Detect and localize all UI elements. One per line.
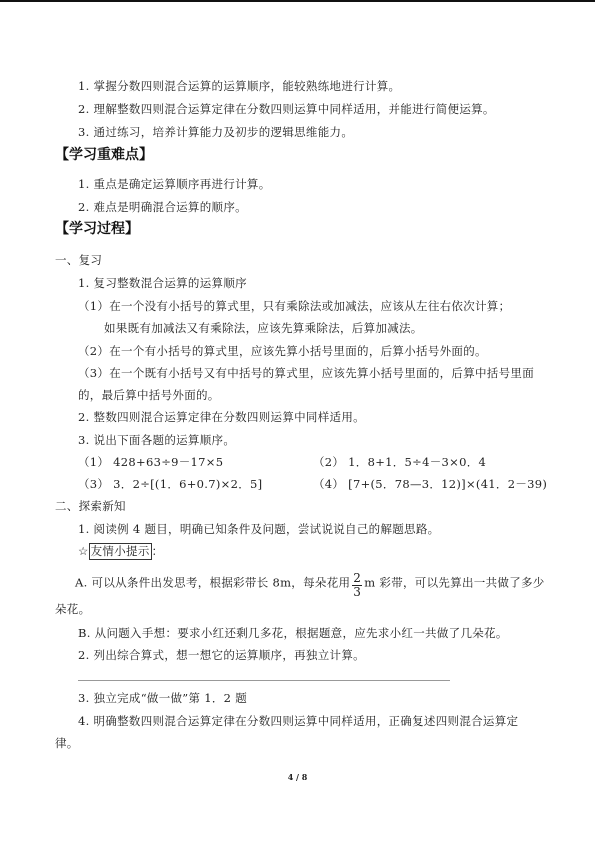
review-rule-3b: 的，最后算中括号外面的。 bbox=[78, 387, 220, 403]
page-number: 4 / 8 bbox=[0, 772, 595, 782]
objective-item-3: 3. 通过练习，培养计算能力及初步的逻辑思维能力。 bbox=[78, 124, 353, 140]
hint-b: B. 从问题入手想：要求小红还剩几多花，根据题意，应先求小红一共做了几朵花。 bbox=[78, 625, 508, 641]
explore-item-1: 1. 阅读例 4 题目，明确已知条件及问题，尝试说说自己的解题思路。 bbox=[78, 521, 439, 537]
top-border-rule bbox=[0, 0, 595, 2]
key-point-item-2: 2. 难点是明确混合运算的顺序。 bbox=[78, 199, 247, 215]
key-points-heading: 【学习重难点】 bbox=[55, 146, 153, 164]
review-section-title: 一、复习 bbox=[55, 252, 102, 268]
review-rule-3a: （3）在一个既有小括号又有中括号的算式里，应该先算小括号里面的，后算中括号里面 bbox=[78, 365, 534, 381]
expression-4: （4） [7+(5．78—3．12)]×(41．2－39) bbox=[313, 476, 547, 492]
star-icon: ☆ bbox=[78, 544, 89, 558]
friendly-tip: ☆友情小提示： bbox=[78, 543, 163, 560]
explore-item-4b: 律。 bbox=[55, 735, 79, 751]
hint-a-text-pre: A. 可以从条件出发思考，根据彩带长 8m，每朵花用 bbox=[75, 576, 350, 590]
friendly-tip-label: 友情小提示 bbox=[89, 543, 152, 560]
explore-section-title: 二、探索新知 bbox=[55, 498, 126, 514]
review-item-1: 1. 复习整数混合运算的运算顺序 bbox=[78, 275, 247, 291]
answer-blank-line[interactable] bbox=[78, 680, 450, 681]
hint-a: A. 可以从条件出发思考，根据彩带长 8m，每朵花用23m 彩带，可以先算出一共… bbox=[75, 570, 545, 597]
objective-item-2: 2. 理解整数四则混合运算定律在分数四则运算中同样适用，并能进行简便运算。 bbox=[78, 101, 495, 117]
fraction-two-thirds: 23 bbox=[352, 572, 362, 599]
review-rule-1a: （1）在一个没有小括号的算式里，只有乘除法或加减法，应该从左往右依次计算； bbox=[78, 298, 510, 314]
key-point-item-1: 1. 重点是确定运算顺序再进行计算。 bbox=[78, 176, 271, 192]
explore-item-2: 2. 列出综合算式，想一想它的运算顺序，再独立计算。 bbox=[78, 647, 365, 663]
explore-item-3: 3. 独立完成“做一做”第 1．2 题 bbox=[78, 690, 247, 706]
fraction-denominator: 3 bbox=[353, 586, 361, 599]
review-item-2: 2. 整数四则混合运算定律在分数四则运算中同样适用。 bbox=[78, 409, 365, 425]
hint-a-continuation: 朵花。 bbox=[55, 601, 90, 617]
review-rule-1b: 如果既有加减法又有乘除法，应该先算乘除法，后算加减法。 bbox=[104, 320, 423, 336]
review-rule-2: （2）在一个有小括号的算式里，应该先算小括号里面的，后算小括号外面的。 bbox=[78, 343, 487, 359]
fraction-numerator: 2 bbox=[352, 572, 362, 586]
objective-item-1: 1. 掌握分数四则混合运算的运算顺序，能较熟练地进行计算。 bbox=[78, 78, 400, 94]
expression-1: （1） 428+63÷9－17×5 bbox=[78, 454, 223, 470]
hint-a-text-post: m 彩带，可以先算出一共做了多少 bbox=[364, 576, 544, 590]
tip-colon: ： bbox=[152, 544, 164, 558]
explore-item-4a: 4. 明确整数四则混合运算定律在分数四则运算中同样适用，正确复述四则混合运算定 bbox=[78, 713, 518, 729]
process-heading: 【学习过程】 bbox=[55, 220, 139, 238]
expression-3: （3） 3．2÷[(1．6+0.7)×2．5] bbox=[78, 476, 262, 492]
expression-2: （2） 1．8+1．5÷4－3×0．4 bbox=[313, 454, 486, 470]
review-item-3: 3. 说出下面各题的运算顺序。 bbox=[78, 432, 235, 448]
